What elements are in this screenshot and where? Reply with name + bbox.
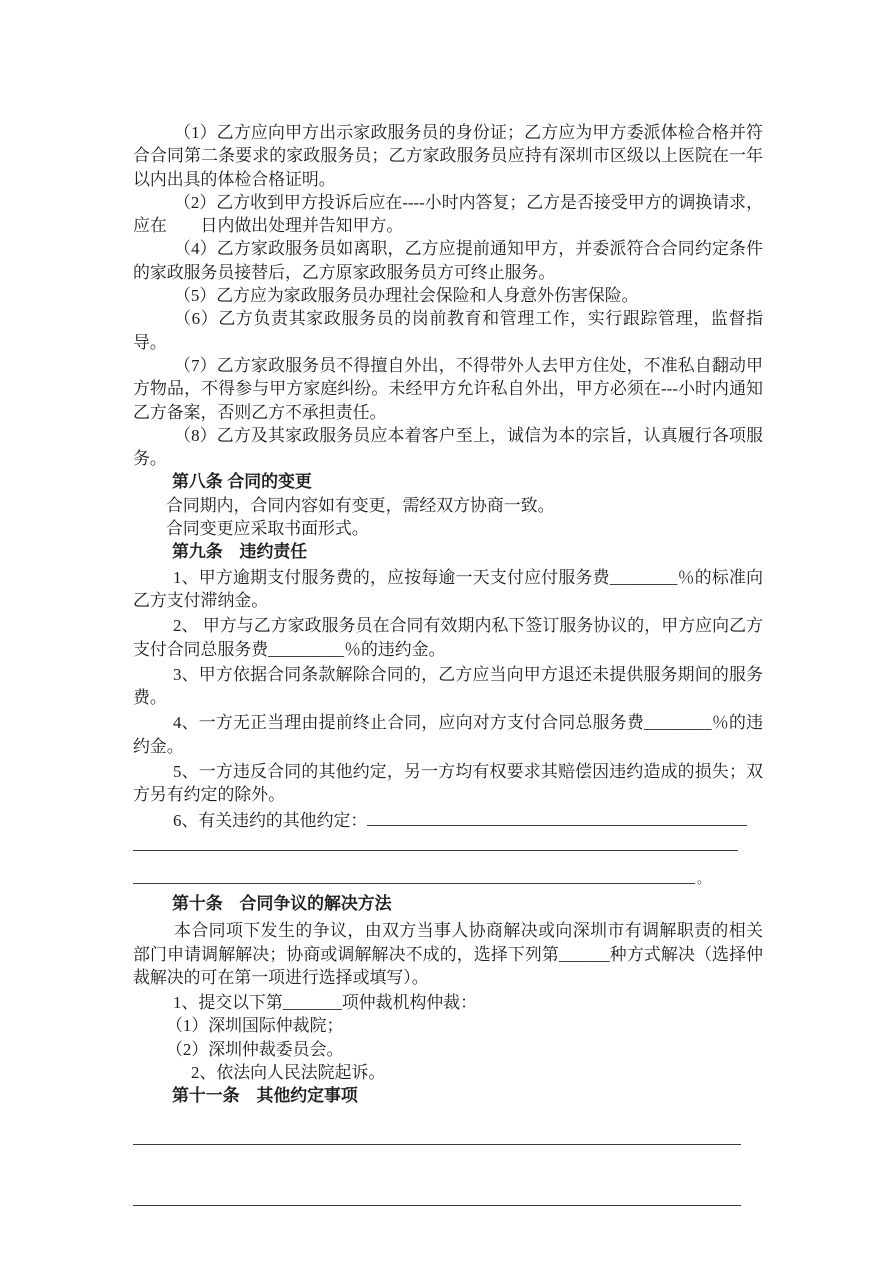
blank-rule-line-4 — [133, 1145, 741, 1206]
breach-item-1: 1、甲方逾期支付服务费的，应按每逾一天支付应付服务费________％的标准向乙… — [133, 566, 763, 613]
blank-rule-line-1 — [133, 832, 738, 851]
breach-item-6-label: 6、有关违约的其他约定： — [173, 811, 367, 830]
blank-rule-line-2-period: 。 — [695, 874, 710, 884]
clause-party-b-5: （5）乙方应为家政服务员办理社会保险和人身意外伤害保险。 — [133, 284, 763, 307]
clause-party-b-7: （7）乙方家政服务员不得擅自外出，不得带外人去甲方住处，不准私自翻动甲方物品，不… — [133, 354, 763, 424]
heading-article-10: 第十条 合同争议的解决方法 — [133, 892, 763, 915]
breach-item-5: 5、一方违反合同的其他约定，另一方均有权要求其赔偿因违约造成的损失；双方另有约定… — [133, 760, 763, 807]
dispute-option-1: 1、提交以下第_______项仲裁机构仲裁： — [133, 991, 763, 1014]
clause-party-b-2: （2）乙方收到甲方投诉后应在----小时内答复；乙方是否接受甲方的调换请求，应在… — [133, 191, 763, 238]
heading-article-8: 第八条 合同的变更 — [133, 470, 763, 493]
clause-party-b-4: （4）乙方家政服务员如离职，乙方应提前通知甲方，并委派符合合同约定条件的家政服务… — [133, 237, 763, 284]
clause-party-b-8: （8）乙方及其家政服务员应本着客户至上，诚信为本的宗旨，认真履行各项服务。 — [133, 424, 763, 471]
breach-item-6: 6、有关违约的其他约定： — [133, 809, 763, 832]
clause-party-b-6: （6）乙方负责其家政服务员的岗前教育和管理工作，实行跟踪管理，监督指导。 — [133, 307, 763, 354]
article-8-paragraph-1: 合同期内，合同内容如有变更，需经双方协商一致。 — [133, 494, 763, 517]
breach-item-3: 3、甲方依据合同条款解除合同的，乙方应当向甲方退还未提供服务期间的服务费。 — [133, 663, 763, 710]
blank-rule-line-3 — [133, 1108, 741, 1145]
article-10-paragraph: 本合同项下发生的争议，由双方当事人协商解决或向深圳市有调解职责的相关部门申请调解… — [133, 919, 763, 989]
breach-item-4: 4、一方无正当理由提前终止合同，应向对方支付合同总服务费________％的违约… — [133, 711, 763, 758]
clause-party-b-1: （1）乙方应向甲方出示家政服务员的身份证；乙方应为甲方委派体检合格并符合合同第二… — [133, 121, 763, 191]
arbitration-option-2: （2）深圳仲裁委员会。 — [133, 1038, 763, 1061]
contract-page: （1）乙方应向甲方出示家政服务员的身份证；乙方应为甲方委派体检合格并符合合同第二… — [0, 0, 893, 1263]
article-8-paragraph-2: 合同变更应采取书面形式。 — [133, 517, 763, 540]
fill-in-blank-line — [367, 810, 747, 825]
breach-item-2: 2、 甲方与乙方家政服务员在合同有效期内私下签订服务协议的，甲方应向乙方支付合同… — [133, 614, 763, 661]
heading-article-9: 第九条 违约责任 — [133, 540, 763, 563]
dispute-option-2: 2、依法向人民法院起诉。 — [133, 1061, 763, 1084]
document-body: （1）乙方应向甲方出示家政服务员的身份证；乙方应为甲方委派体检合格并符合合同第二… — [133, 121, 763, 1206]
heading-article-11: 第十一条 其他约定事项 — [133, 1084, 763, 1107]
arbitration-option-1: （1）深圳国际仲裁院； — [133, 1014, 763, 1037]
blank-rule-line-2: 。 — [133, 851, 763, 884]
blank-rule-line-2-segment — [133, 851, 695, 884]
